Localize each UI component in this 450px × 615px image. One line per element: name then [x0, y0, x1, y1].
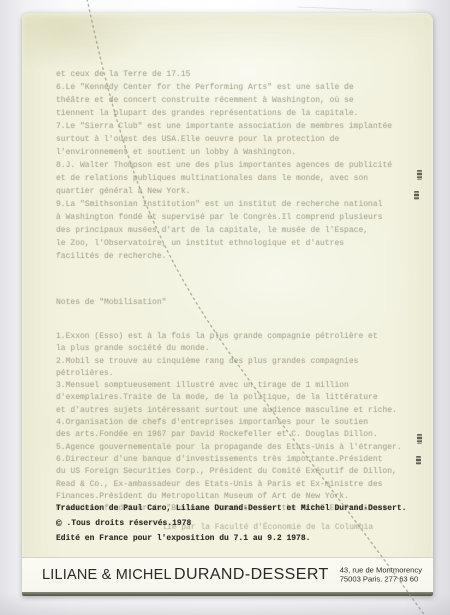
binding-mark — [417, 170, 422, 180]
binding-mark — [414, 191, 419, 200]
faint-typewritten-notes-block-1: et ceux de la Terre de 17.156.Le "Kenned… — [56, 68, 392, 263]
text-line: 6.Le "Kennedy Center for the Performing … — [56, 81, 392, 94]
gallery-name-left: LILIANE & MICHEL — [42, 567, 172, 583]
text-line: théâtre et de concert construite récemme… — [56, 94, 392, 107]
colophon-translation-line: Traduction de Paul Caro, Liliane Durand-… — [56, 503, 406, 514]
text-line: l'environnement et soutient un lobby à W… — [56, 146, 392, 159]
gallery-address-line2: 75003 Paris. 277 63 60 — [340, 575, 419, 584]
paper-bottom-edge — [22, 592, 433, 596]
copyright-text: .Tous droits réservés.1978 — [62, 519, 192, 528]
text-line: et d'autres sujets intéressant surtout u… — [56, 405, 402, 417]
text-line: et ceux de la Terre de 17.15 — [56, 68, 392, 81]
faint-overlapping-line: lié par la Faculté d'Économie de la Colu… — [162, 523, 373, 533]
photo-of-catalogue-back-page: et ceux de la Terre de 17.156.Le "Kenned… — [0, 0, 450, 615]
text-line: 5.Agence gouvernementale pour la propaga… — [56, 442, 402, 454]
text-line: surtout à l'ouest des USA.Elle oeuvre po… — [56, 133, 392, 146]
text-line: des principaux musées d'art de la capita… — [56, 224, 392, 237]
text-line: à Washington fondé et supervisé par le C… — [56, 211, 392, 224]
text-line: 4.Organisation de chefs d'entreprises im… — [56, 417, 402, 429]
section-heading: Notes de "Mobilisation" — [56, 296, 166, 309]
binding-mark — [417, 434, 422, 444]
text-line: 2.Mobil se trouve au cinquième rang des … — [56, 356, 402, 368]
text-line: la plus grande société du monde. — [56, 343, 402, 355]
gallery-address: 43, rue de Montmorency75003 Paris. 277 6… — [340, 566, 422, 585]
gallery-imprint-band: LILIANE & MICHEL DURAND-DESSERT 43, rue … — [22, 557, 433, 592]
text-line: Finances.Président du Metropolitan Museu… — [56, 491, 402, 503]
colophon-edition-line: Edité en France pour l'exposition du 7.1… — [56, 533, 310, 544]
text-line: et de relations publiques multinationale… — [56, 172, 392, 185]
text-line: 6.Directeur d'une banque d'investissemen… — [56, 454, 402, 466]
text-line: 3.Mensuel somptueusement illustré avec u… — [56, 380, 402, 392]
paper-sheet: et ceux de la Terre de 17.156.Le "Kenned… — [22, 13, 433, 596]
gallery-address-line1: 43, rue de Montmorency — [340, 566, 422, 575]
text-line: tiennent la plupart des grandes représen… — [56, 107, 392, 120]
text-line: pétrolières. — [56, 368, 402, 380]
text-line: Read & Co., Ex-ambassadeur des Etats-Uni… — [56, 479, 402, 491]
faint-typewritten-notes-block-2: 1.Exxon (Esso) est à la fois la plus gra… — [56, 331, 402, 515]
text-line: quartier général à New York. — [56, 185, 392, 198]
text-line: 1.Exxon (Esso) est à la fois la plus gra… — [56, 331, 402, 343]
text-line: le Zoo, l'Observatoire, un institut ethn… — [56, 237, 392, 250]
binding-mark — [416, 456, 421, 465]
text-line: du US Foreign Securities Corp., Présiden… — [56, 466, 402, 478]
colophon-copyright-line: © .Tous droits réservés.1978 — [56, 518, 191, 529]
text-line: d'exemplaires.Traite de la mode, de la p… — [56, 392, 402, 404]
text-line: 7.Le "Sierra Club" est une importante as… — [56, 120, 392, 133]
text-line: 8.J. Walter Thompson est une des plus im… — [56, 159, 392, 172]
text-line: 9.La "Smithsonian Institution" est un in… — [56, 198, 392, 211]
gallery-name-right: DURAND-DESSERT — [174, 566, 329, 584]
text-line: facilités de recherche. — [56, 250, 392, 263]
text-line: des arts.Fondée en 1967 par David Rockef… — [56, 429, 402, 441]
